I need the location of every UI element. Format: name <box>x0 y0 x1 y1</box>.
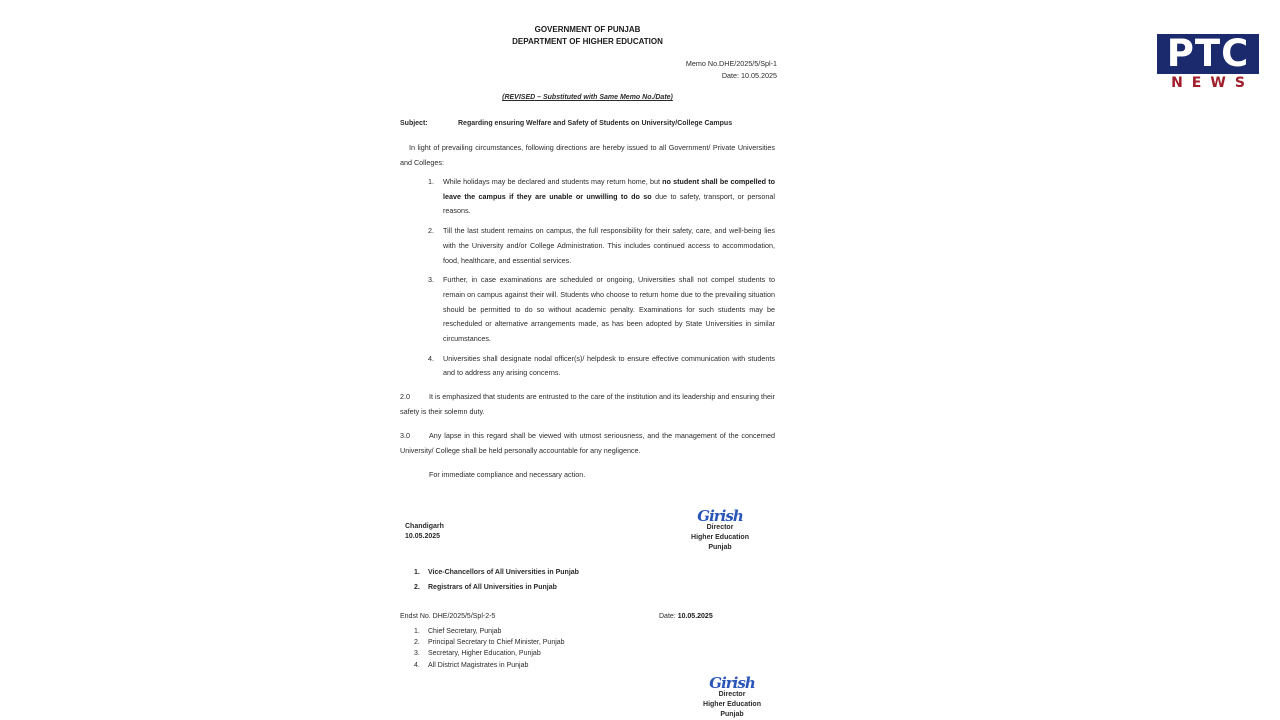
place-date-value: 10.05.2025 <box>405 532 444 542</box>
signatory-dept: Higher Education <box>687 700 777 710</box>
addressee-text: Registrars of All Universities in Punjab <box>428 584 557 591</box>
recipient-text: All District Magistrates in Punjab <box>428 662 528 669</box>
government-title: GOVERNMENT OF PUNJAB <box>400 24 775 36</box>
subject-text: Regarding ensuring Welfare and Safety of… <box>458 120 732 127</box>
recipient-text: Chief Secretary, Punjab <box>428 628 501 635</box>
recipient-number: 1. <box>414 626 428 637</box>
signatory-title: Director <box>687 690 777 700</box>
paragraph-number: 3.0 <box>400 429 429 444</box>
document-header: GOVERNMENT OF PUNJAB DEPARTMENT OF HIGHE… <box>400 24 775 48</box>
addressee-number: 1. <box>414 565 428 580</box>
department-title: DEPARTMENT OF HIGHER EDUCATION <box>400 36 775 48</box>
directions-list: 1. While holidays may be declared and st… <box>428 175 775 381</box>
revised-note: (REVISED – Substituted with Same Memo No… <box>400 92 775 104</box>
ptc-news-logo: PTC NEWS <box>1157 34 1259 92</box>
director-signature-block: Girish Director Higher Education Punjab <box>675 509 765 553</box>
paragraph-text: It is emphasized that students are entru… <box>400 392 775 416</box>
signatory-state: Punjab <box>675 543 765 553</box>
logo-news-text: NEWS <box>1157 74 1259 92</box>
signatory-dept: Higher Education <box>675 533 765 543</box>
compliance-note: For immediate compliance and necessary a… <box>429 468 585 483</box>
paragraph-2: 2.0It is emphasized that students are en… <box>400 390 775 419</box>
direction-item: 3. Further, in case examinations are sch… <box>428 273 775 347</box>
endorsement-date-label: Date: <box>659 613 678 620</box>
direction-item: 2. Till the last student remains on camp… <box>428 224 775 268</box>
recipient-number: 4. <box>414 660 428 671</box>
place-city: Chandigarh <box>405 522 444 532</box>
direction-item: 1. While holidays may be declared and st… <box>428 175 775 219</box>
endorsement-signature-block: Girish Director Higher Education Punjab <box>687 676 777 720</box>
direction-text: While holidays may be declared and stude… <box>443 177 662 186</box>
signatory-title: Director <box>675 523 765 533</box>
signatory-state: Punjab <box>687 710 777 720</box>
signature-mark: Girish <box>687 676 777 690</box>
subject-label: Subject: <box>400 118 458 130</box>
endorsement-number: Endst No. DHE/2025/5/Spl-2-5 <box>400 613 495 620</box>
recipient-item: 2.Principal Secretary to Chief Minister,… <box>414 637 565 648</box>
addressee-number: 2. <box>414 580 428 595</box>
direction-text: Further, in case examinations are schedu… <box>443 275 775 343</box>
intro-paragraph: In light of prevailing circumstances, fo… <box>400 141 775 170</box>
direction-text: Universities shall designate nodal offic… <box>443 354 775 378</box>
memo-date: Date: 10.05.2025 <box>686 70 777 82</box>
paragraph-number: 2.0 <box>400 390 429 405</box>
paragraph-3: 3.0Any lapse in this regard shall be vie… <box>400 429 775 458</box>
subject-line: Subject:Regarding ensuring Welfare and S… <box>400 118 780 130</box>
endorsement-recipients: 1.Chief Secretary, Punjab 2.Principal Se… <box>414 626 565 671</box>
addressee-list: 1.Vice-Chancellors of All Universities i… <box>414 565 579 595</box>
memo-reference: Memo No.DHE/2025/5/Spl-1 Date: 10.05.202… <box>686 58 777 81</box>
memo-number: Memo No.DHE/2025/5/Spl-1 <box>686 58 777 70</box>
addressee-item: 1.Vice-Chancellors of All Universities i… <box>414 565 579 580</box>
signature-mark: Girish <box>675 509 765 523</box>
recipient-item: 3.Secretary, Higher Education, Punjab <box>414 648 565 659</box>
direction-item: 4. Universities shall designate nodal of… <box>428 352 775 381</box>
logo-ptc-text: PTC <box>1157 34 1259 74</box>
recipient-number: 3. <box>414 648 428 659</box>
addressee-text: Vice-Chancellors of All Universities in … <box>428 569 579 576</box>
recipient-text: Principal Secretary to Chief Minister, P… <box>428 639 565 646</box>
direction-number: 1. <box>428 175 434 190</box>
place-date: Chandigarh 10.05.2025 <box>405 522 444 542</box>
endorsement-date-value: 10.05.2025 <box>678 613 713 620</box>
endorsement-header: Endst No. DHE/2025/5/Spl-2-5 Date: 10.05… <box>400 611 775 622</box>
direction-number: 2. <box>428 224 434 239</box>
recipient-item: 1.Chief Secretary, Punjab <box>414 626 565 637</box>
recipient-text: Secretary, Higher Education, Punjab <box>428 650 541 657</box>
direction-number: 3. <box>428 273 434 288</box>
endorsement-date: Date: 10.05.2025 <box>659 611 713 622</box>
direction-text: Till the last student remains on campus,… <box>443 226 775 264</box>
recipient-item: 4.All District Magistrates in Punjab <box>414 660 565 671</box>
recipient-number: 2. <box>414 637 428 648</box>
paragraph-text: Any lapse in this regard shall be viewed… <box>400 431 775 455</box>
addressee-item: 2.Registrars of All Universities in Punj… <box>414 580 579 595</box>
direction-number: 4. <box>428 352 434 367</box>
